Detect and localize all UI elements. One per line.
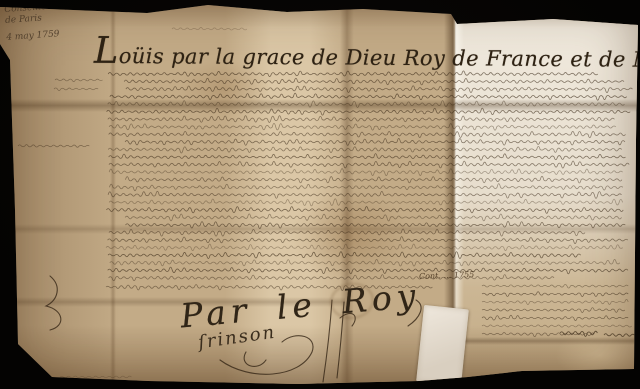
rubric-flourish [46, 276, 61, 330]
royal-intitulation: Loüis par la grace de Dieu Roy de France… [94, 29, 640, 76]
script-line [109, 131, 626, 137]
script-line [126, 86, 633, 93]
script-line [125, 176, 621, 183]
script-line [109, 275, 554, 281]
script-line [482, 315, 628, 320]
script-line [54, 88, 98, 91]
script-line [108, 252, 581, 259]
script-line [110, 259, 620, 266]
script-line [108, 146, 621, 153]
script-line [60, 376, 131, 378]
script-line [126, 221, 626, 228]
script-line [109, 199, 622, 206]
script-line [109, 169, 622, 176]
script-line [106, 244, 623, 251]
script-line [482, 308, 625, 313]
script-line [110, 93, 627, 100]
script-line [107, 108, 631, 115]
script-line [18, 145, 89, 148]
script-line [108, 191, 621, 198]
script-line [106, 207, 623, 214]
script-line [124, 78, 624, 85]
script-line [482, 292, 628, 297]
script-line [482, 325, 632, 327]
photograph-background: Conseiller Lay au Parlement de Paris 4 m… [0, 0, 640, 389]
script-line [125, 138, 625, 145]
script-line [604, 334, 635, 337]
control-annotation: Cont. … 1755 [419, 270, 475, 281]
script-line [109, 161, 629, 168]
script-line [108, 267, 628, 274]
script-line [108, 116, 615, 123]
script-line [109, 229, 585, 236]
script-line [482, 299, 628, 304]
script-line [482, 284, 628, 288]
script-line [125, 214, 621, 221]
script-line [109, 123, 616, 130]
parchment-document: Conseiller Lay au Parlement de Paris 4 m… [0, 0, 640, 389]
paraph-loop [244, 352, 266, 366]
script-line [55, 79, 103, 82]
script-line [109, 154, 626, 161]
script-line [108, 101, 625, 108]
script-line [108, 237, 628, 244]
script-line [109, 184, 622, 191]
